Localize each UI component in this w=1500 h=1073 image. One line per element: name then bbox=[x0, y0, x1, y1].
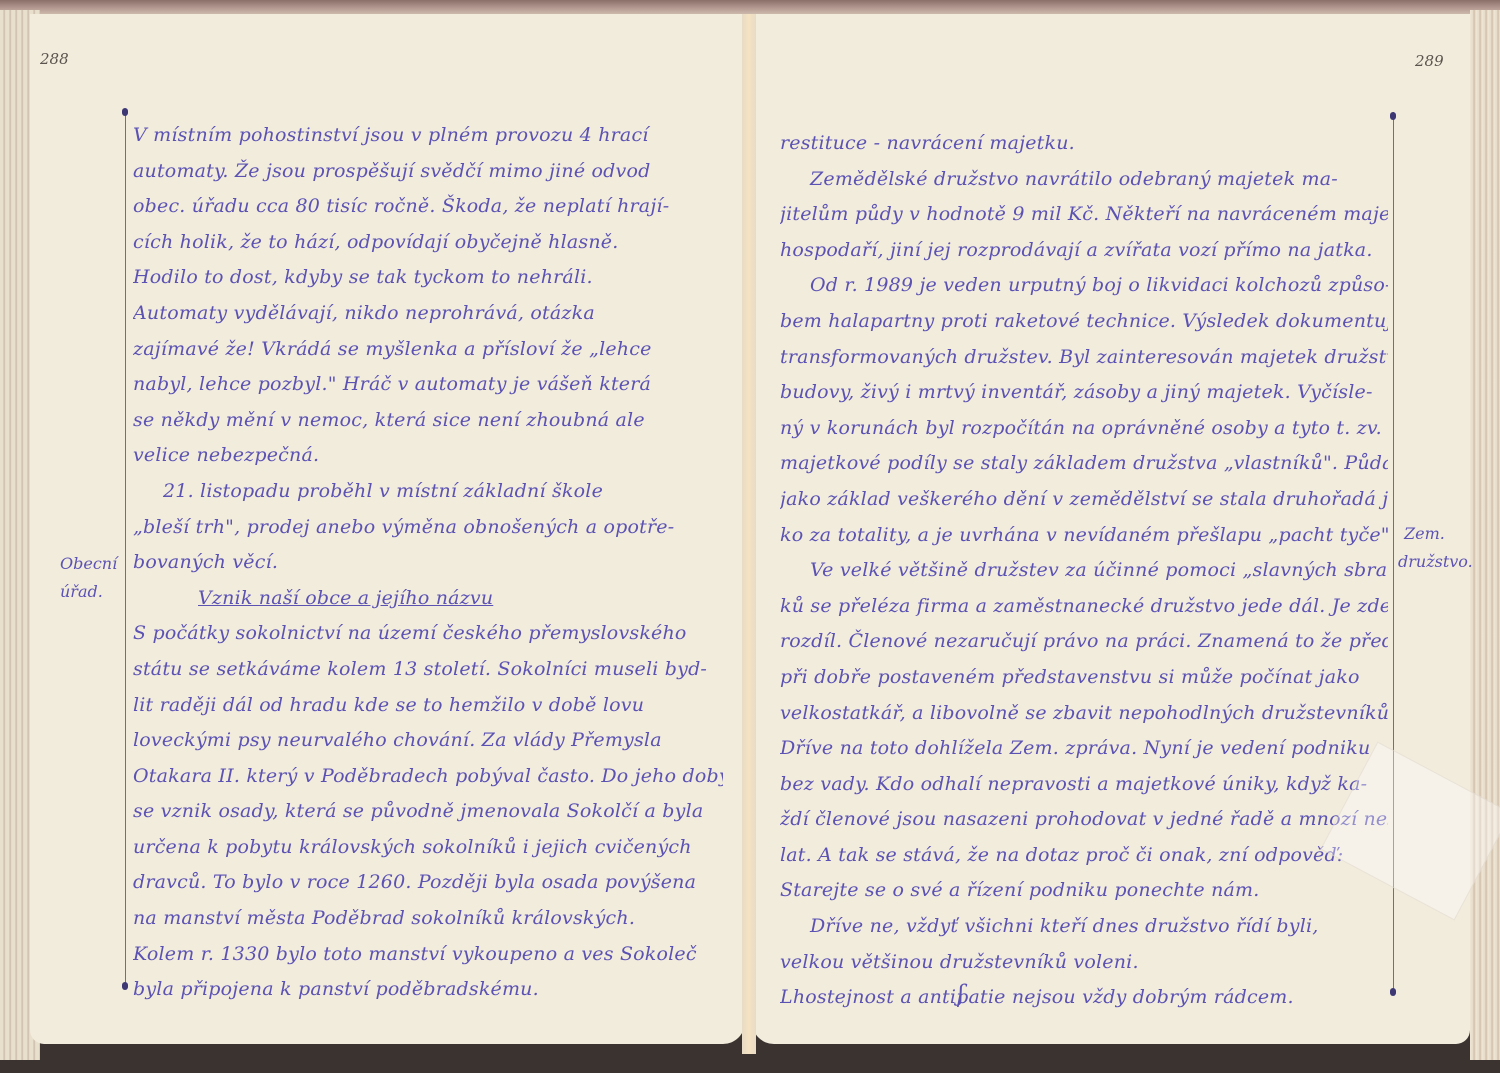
text-line: státu se setkáváme kolem 13 století. Sok… bbox=[133, 652, 723, 688]
text-line: se vznik osady, která se původně jmenova… bbox=[133, 794, 723, 830]
text-line: Zemědělské družstvo navrátilo odebraný m… bbox=[780, 162, 1388, 198]
text-line: loveckými psy neurvalého chování. Za vlá… bbox=[133, 723, 723, 759]
margin-note-line: družstvo. bbox=[1398, 548, 1473, 576]
text-line: V místním pohostinství jsou v plném prov… bbox=[133, 118, 723, 154]
page-stack-right-edge bbox=[1470, 10, 1500, 1060]
margin-note-line: Obecní bbox=[60, 550, 117, 578]
text-line: S počátky sokolnictví na území českého p… bbox=[133, 616, 723, 652]
left-page-text: V místním pohostinství jsou v plném prov… bbox=[133, 118, 723, 1008]
text-line: restituce - navrácení majetku. bbox=[780, 126, 1388, 162]
text-line: velkou většinou družstevníků voleni. bbox=[780, 945, 1388, 981]
text-line: obec. úřadu cca 80 tisíc ročně. Škoda, ž… bbox=[133, 189, 723, 225]
text-line: Lhostejnost a antipatie nejsou vždy dobr… bbox=[780, 980, 1388, 1016]
margin-note-right: Zem. družstvo. bbox=[1398, 520, 1473, 576]
text-line: transformovaných družstev. Byl zainteres… bbox=[780, 340, 1388, 376]
text-line: nabyl, lehce pozbyl." Hráč v automaty je… bbox=[133, 367, 723, 403]
margin-rule-dot-bottom bbox=[1390, 988, 1396, 996]
margin-rule-dot-top bbox=[1390, 112, 1396, 120]
text-line: jitelům půdy v hodnotě 9 mil Kč. Někteří… bbox=[780, 197, 1388, 233]
text-line: Automaty vydělávají, nikdo neprohrává, o… bbox=[133, 296, 723, 332]
page-number-right: 289 bbox=[1415, 52, 1444, 70]
margin-note-left: Obecní úřad. bbox=[60, 550, 117, 606]
text-line: byla připojena k panství poděbradskému. bbox=[133, 972, 723, 1008]
margin-note-line: Zem. bbox=[1398, 520, 1473, 548]
text-line: bem halapartny proti raketové technice. … bbox=[780, 304, 1388, 340]
right-page-text: restituce - navrácení majetku.Zemědělské… bbox=[780, 126, 1388, 1016]
text-line: „bleší trh", prodej anebo výměna obnošen… bbox=[133, 510, 723, 546]
page-number-left: 288 bbox=[40, 50, 69, 68]
margin-rule-left bbox=[125, 112, 126, 987]
text-line: cích holik, že to hází, odpovídají obyče… bbox=[133, 225, 723, 261]
text-line: ný v korunách byl rozpočítán na oprávněn… bbox=[780, 411, 1388, 447]
text-line: při dobře postaveném představenstvu si m… bbox=[780, 660, 1388, 696]
text-line: 21. listopadu proběhl v místní základní … bbox=[133, 474, 723, 510]
text-line: ků se přeléza firma a zaměstnanecké druž… bbox=[780, 589, 1388, 625]
text-line: dravců. To bylo v roce 1260. Později byl… bbox=[133, 865, 723, 901]
text-line: velice nebezpečná. bbox=[133, 438, 723, 474]
text-line: majetkové podíly se staly základem družs… bbox=[780, 446, 1388, 482]
text-line: automaty. Že jsou prospěšují svědčí mimo… bbox=[133, 154, 723, 190]
text-line: Starejte se o své a řízení podniku ponec… bbox=[780, 873, 1388, 909]
text-line: na manství města Poděbrad sokolníků král… bbox=[133, 901, 723, 937]
text-line: ko za totality, a je uvrhána v nevídaném… bbox=[780, 518, 1388, 554]
text-line: určena k pobytu královských sokolníků i … bbox=[133, 830, 723, 866]
margin-rule-dot-top bbox=[122, 108, 128, 116]
margin-note-line: úřad. bbox=[60, 578, 117, 606]
text-line: hospodaří, jiní jej rozprodávají a zvířa… bbox=[780, 233, 1388, 269]
text-line: velkostatkář, a libovolně se zbavit nepo… bbox=[780, 696, 1388, 732]
text-line: bez vady. Kdo odhalí nepravosti a majetk… bbox=[780, 767, 1388, 803]
text-line: Ve velké většině družstev za účinné pomo… bbox=[780, 553, 1388, 589]
text-line: lit raději dál od hradu kde se to hemžil… bbox=[133, 688, 723, 724]
text-line: Kolem r. 1330 bylo toto manství vykoupen… bbox=[133, 937, 723, 973]
text-line: jako základ veškerého dění v zemědělství… bbox=[780, 482, 1388, 518]
text-line: Dříve ne, vždyť všichni kteří dnes družs… bbox=[780, 909, 1388, 945]
text-line: Dříve na toto dohlížela Zem. zpráva. Nyn… bbox=[780, 731, 1388, 767]
text-line: budovy, živý i mrtvý inventář, zásoby a … bbox=[780, 375, 1388, 411]
text-line: se někdy mění v nemoc, která sice není z… bbox=[133, 403, 723, 439]
text-line: bovaných věcí. bbox=[133, 545, 723, 581]
book-gutter bbox=[742, 14, 756, 1054]
text-line: Otakara II. který v Poděbradech pobýval … bbox=[133, 759, 723, 795]
text-line: ždí členové jsou nasazeni prohodovat v j… bbox=[780, 802, 1388, 838]
text-line: Od r. 1989 je veden urputný boj o likvid… bbox=[780, 268, 1388, 304]
section-heading: Vznik naší obce a jejího názvu bbox=[133, 581, 723, 617]
text-line: Hodilo to dost, kdyby se tak tyckom to n… bbox=[133, 260, 723, 296]
text-line: rozdíl. Členové nezaručují právo na prác… bbox=[780, 624, 1388, 660]
open-book: 288 Obecní úřad. V místním pohostinství … bbox=[0, 0, 1500, 1060]
text-line: lat. A tak se stává, že na dotaz proč či… bbox=[780, 838, 1388, 874]
text-line: zajímavé že! Vkrádá se myšlenka a příslo… bbox=[133, 332, 723, 368]
pen-mark: ʃ bbox=[958, 982, 964, 1007]
margin-rule-dot-bottom bbox=[122, 982, 128, 990]
